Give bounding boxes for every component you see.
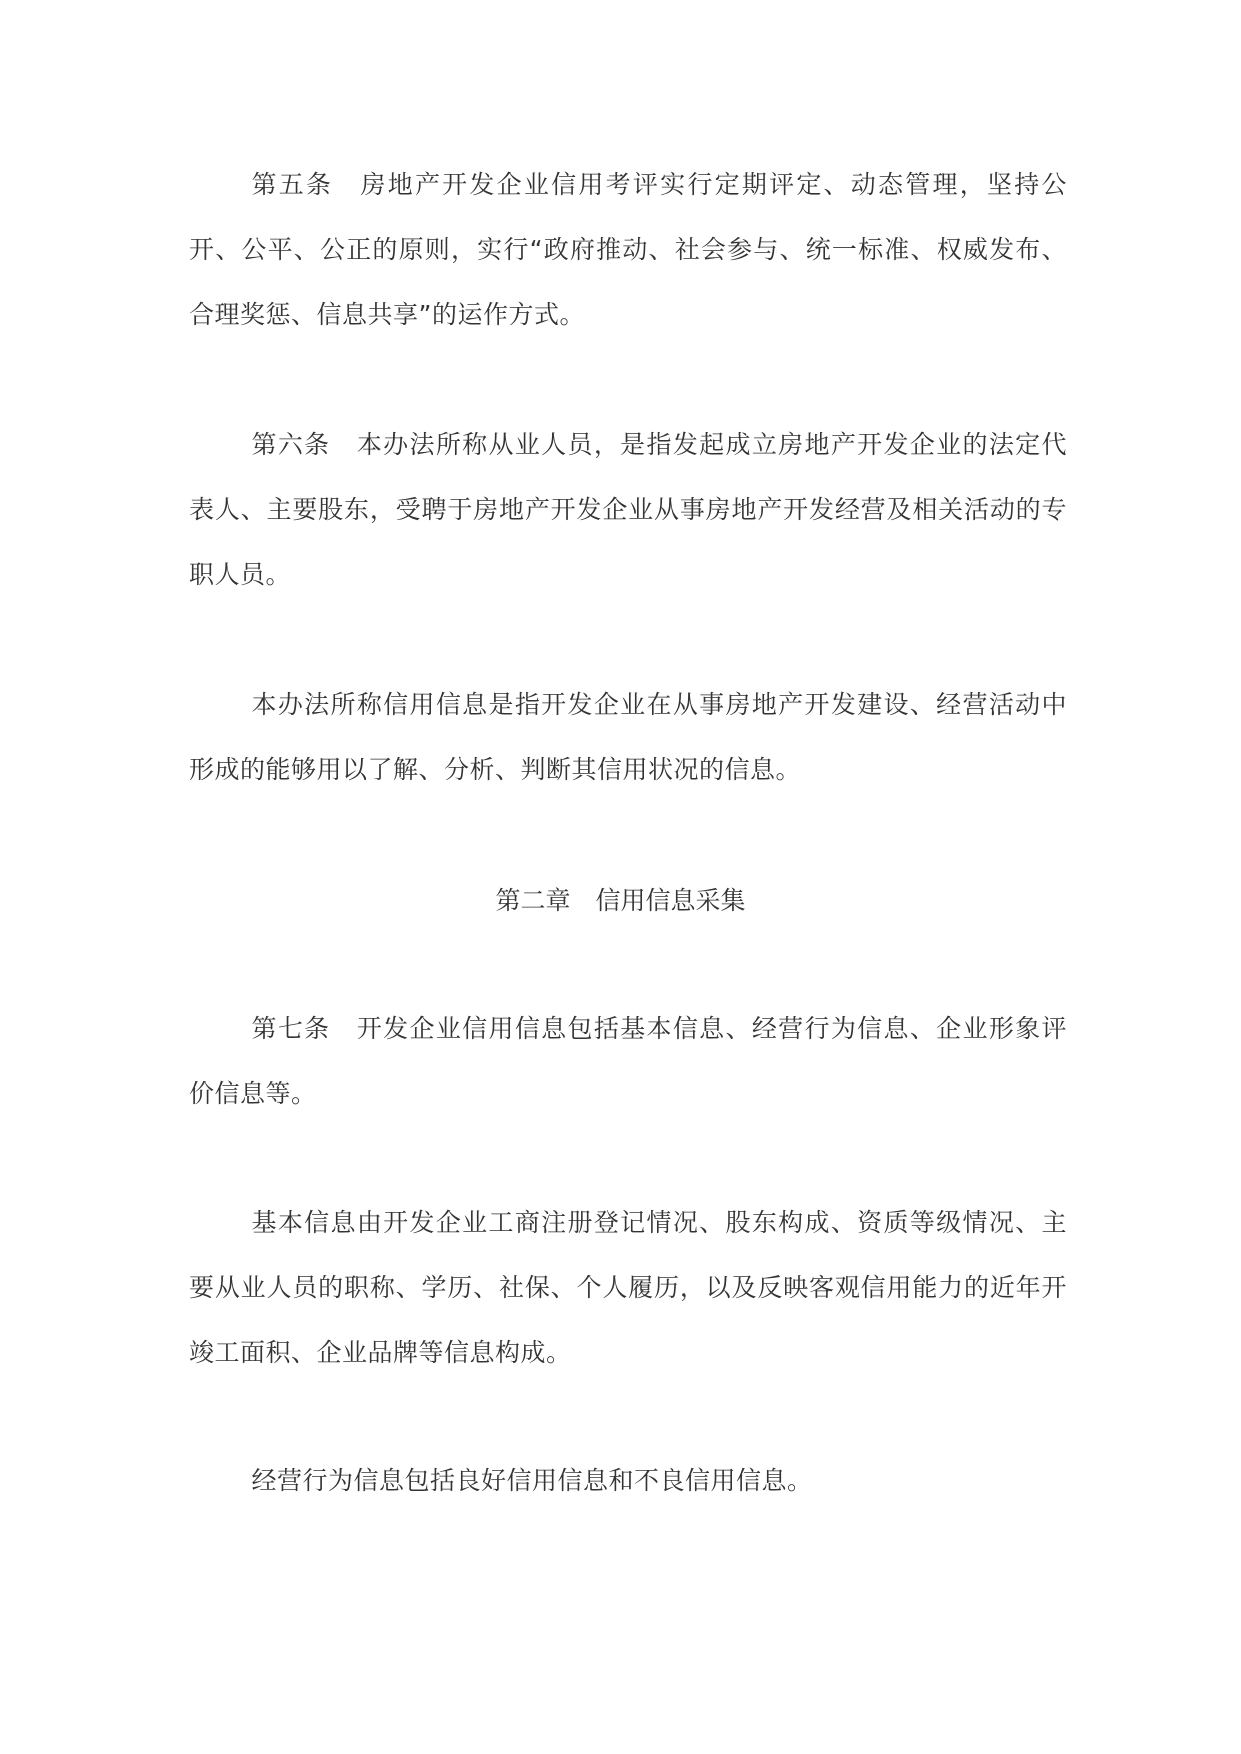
article-7-paragraph: 第七条 开发企业信用信息包括基本信息、经营行为信息、企业形象评价信息等。	[189, 996, 1067, 1126]
document-page: 第五条 房地产开发企业信用考评实行定期评定、动态管理，坚持公开、公平、公正的原则…	[0, 0, 1241, 1754]
chapter-2-heading: 第二章 信用信息采集	[0, 868, 1241, 933]
business-conduct-info-paragraph: 经营行为信息包括良好信用信息和不良信用信息。	[189, 1448, 1067, 1513]
credit-info-definition-paragraph: 本办法所称信用信息是指开发企业在从事房地产开发建设、经营活动中形成的能够用以了解…	[189, 672, 1067, 802]
article-6-paragraph: 第六条 本办法所称从业人员，是指发起成立房地产开发企业的法定代表人、主要股东，受…	[189, 412, 1067, 607]
basic-info-paragraph: 基本信息由开发企业工商注册登记情况、股东构成、资质等级情况、主要从业人员的职称、…	[189, 1190, 1067, 1385]
article-5-paragraph: 第五条 房地产开发企业信用考评实行定期评定、动态管理，坚持公开、公平、公正的原则…	[189, 152, 1067, 347]
